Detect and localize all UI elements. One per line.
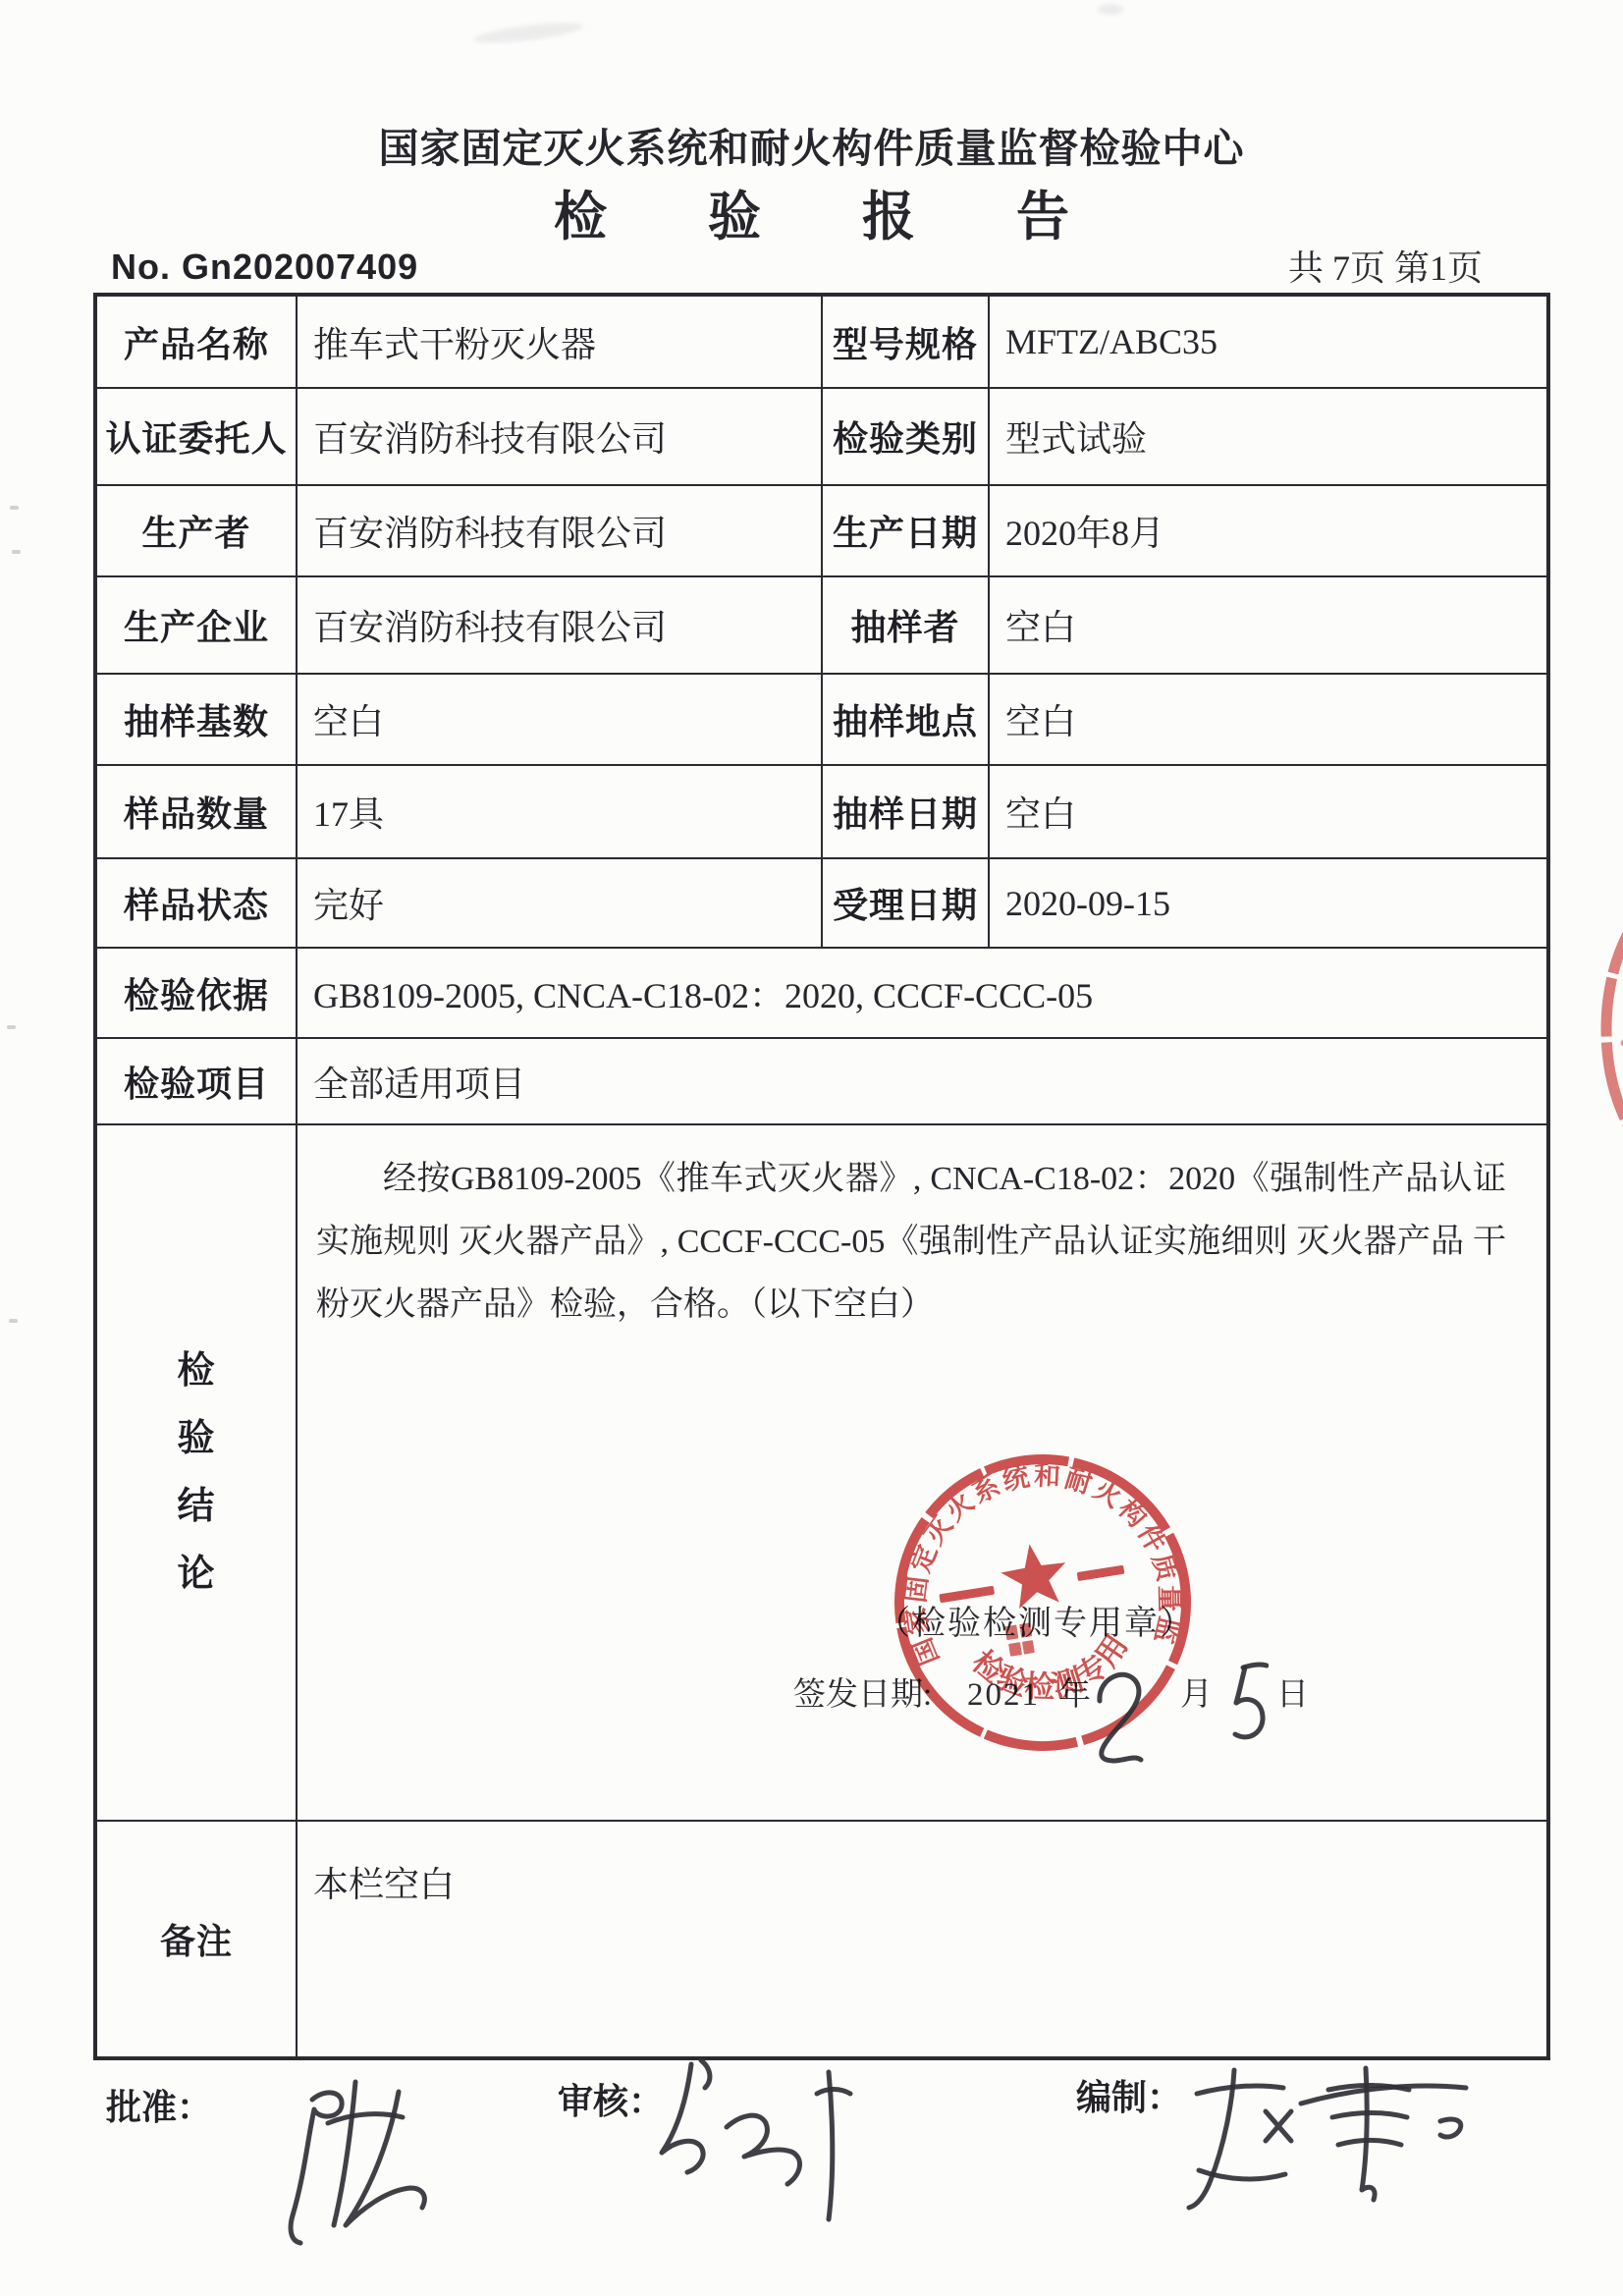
row-label: 生产企业 bbox=[95, 576, 297, 674]
edge-partial-stamp bbox=[1561, 864, 1623, 1193]
table-row: 样品状态 完好 受理日期 2020-09-15 bbox=[95, 858, 1548, 948]
conclusion-label-char: 验 bbox=[177, 1420, 215, 1457]
prepare-label: 编制： bbox=[1076, 2076, 1182, 2118]
row-value: 2020年8月 bbox=[989, 485, 1548, 576]
seal-right-bar bbox=[1077, 1565, 1125, 1581]
row-value: 完好 bbox=[297, 858, 822, 948]
table-row: 生产企业 百安消防科技有限公司 抽样者 空白 bbox=[95, 576, 1548, 674]
org-title: 国家固定灭火系统和耐火构件质量监督检验中心 bbox=[0, 126, 1623, 172]
star-icon bbox=[998, 1539, 1072, 1611]
scan-speck bbox=[12, 550, 21, 554]
row-label: 样品数量 bbox=[95, 765, 297, 858]
row-value: 推车式干粉灭火器 bbox=[297, 295, 822, 388]
row-label: 抽样日期 bbox=[822, 765, 989, 858]
conclusion-label-vertical: 检 验 结 论 bbox=[98, 1126, 295, 1819]
row-label: 样品状态 bbox=[95, 858, 297, 948]
row-value: 空白 bbox=[989, 576, 1548, 674]
row-label: 抽样基数 bbox=[95, 674, 297, 765]
row-label: 型号规格 bbox=[822, 295, 989, 388]
inspection-report-page: 国家固定灭火系统和耐火构件质量监督检验中心 检 验 报 告 No. Gn2020… bbox=[0, 0, 1623, 2296]
table-row: 样品数量 17具 抽样日期 空白 bbox=[95, 765, 1548, 858]
row-value: 2020-09-15 bbox=[989, 858, 1548, 948]
inspection-seal: 国家固定灭火系统和耐火构件质量监督检验中心 检验检测专用章 bbox=[871, 1431, 1215, 1775]
issue-day-unit: 日 bbox=[1276, 1673, 1309, 1717]
seal-left-bar bbox=[939, 1586, 995, 1604]
row-label: 抽样者 bbox=[822, 576, 989, 674]
row-label: 检验项目 bbox=[95, 1038, 297, 1124]
table-row: 检验项目 全部适用项目 bbox=[95, 1038, 1548, 1124]
conclusion-label-char: 论 bbox=[177, 1556, 215, 1593]
remark-label: 备注 bbox=[95, 1821, 297, 2058]
table-row: 生产者 百安消防科技有限公司 生产日期 2020年8月 bbox=[95, 485, 1548, 576]
row-label: 生产者 bbox=[95, 485, 297, 576]
row-value: 空白 bbox=[989, 765, 1548, 858]
scan-smudge bbox=[473, 19, 584, 47]
row-label: 受理日期 bbox=[822, 858, 989, 948]
row-value: 17具 bbox=[297, 765, 822, 858]
seal-code-marks bbox=[1004, 1622, 1035, 1657]
handwritten-day-digit bbox=[1216, 1658, 1269, 1748]
review-signature bbox=[636, 2052, 872, 2239]
scan-speck bbox=[7, 1025, 16, 1029]
row-label: 产品名称 bbox=[95, 295, 297, 388]
remark-value: 本栏空白 bbox=[297, 1821, 1548, 2058]
report-title: 检 验 报 告 bbox=[0, 187, 1623, 247]
remark-row: 备注 本栏空白 bbox=[95, 1821, 1548, 2058]
scan-speck bbox=[9, 1319, 18, 1323]
conclusion-text: 经按GB8109-2005《推车式灭火器》, CNCA-C18-02：2020《… bbox=[298, 1126, 1545, 1337]
row-label: 生产日期 bbox=[822, 485, 989, 576]
approve-signature bbox=[283, 2066, 440, 2263]
handwritten-month-digit bbox=[1088, 1662, 1145, 1765]
conclusion-label-char: 检 bbox=[177, 1352, 215, 1390]
row-label: 检验依据 bbox=[95, 948, 297, 1038]
table-row: 抽样基数 空白 抽样地点 空白 bbox=[95, 674, 1548, 765]
row-value: GB8109-2005, CNCA-C18-02：2020, CCCF-CCC-… bbox=[297, 948, 1548, 1038]
row-label: 认证委托人 bbox=[95, 388, 297, 485]
conclusion-label-char: 结 bbox=[177, 1488, 215, 1525]
report-number: No. Gn202007409 bbox=[111, 247, 418, 287]
row-label: 检验类别 bbox=[822, 388, 989, 485]
prepare-signature bbox=[1183, 2060, 1478, 2222]
table-row: 认证委托人 百安消防科技有限公司 检验类别 型式试验 bbox=[95, 388, 1548, 485]
row-value: MFTZ/ABC35 bbox=[989, 295, 1548, 388]
row-value: 型式试验 bbox=[989, 388, 1548, 485]
row-value: 百安消防科技有限公司 bbox=[297, 388, 822, 485]
approve-label: 批准： bbox=[106, 2086, 212, 2128]
row-value: 空白 bbox=[989, 674, 1548, 765]
table-row: 检验依据 GB8109-2005, CNCA-C18-02：2020, CCCF… bbox=[95, 948, 1548, 1038]
row-value: 百安消防科技有限公司 bbox=[297, 576, 822, 674]
scan-speck bbox=[10, 506, 19, 510]
page-indicator: 共 7页 第1页 bbox=[1288, 249, 1483, 289]
report-table: 产品名称 推车式干粉灭火器 型号规格 MFTZ/ABC35 认证委托人 百安消防… bbox=[93, 293, 1550, 2060]
row-value: 空白 bbox=[297, 674, 822, 765]
row-value: 百安消防科技有限公司 bbox=[297, 485, 822, 576]
scan-smudge bbox=[1098, 4, 1123, 15]
row-value: 全部适用项目 bbox=[297, 1038, 1548, 1124]
row-label: 抽样地点 bbox=[822, 674, 989, 765]
conclusion-label: 检 验 结 论 bbox=[95, 1124, 297, 1821]
table-row: 产品名称 推车式干粉灭火器 型号规格 MFTZ/ABC35 bbox=[95, 295, 1548, 388]
